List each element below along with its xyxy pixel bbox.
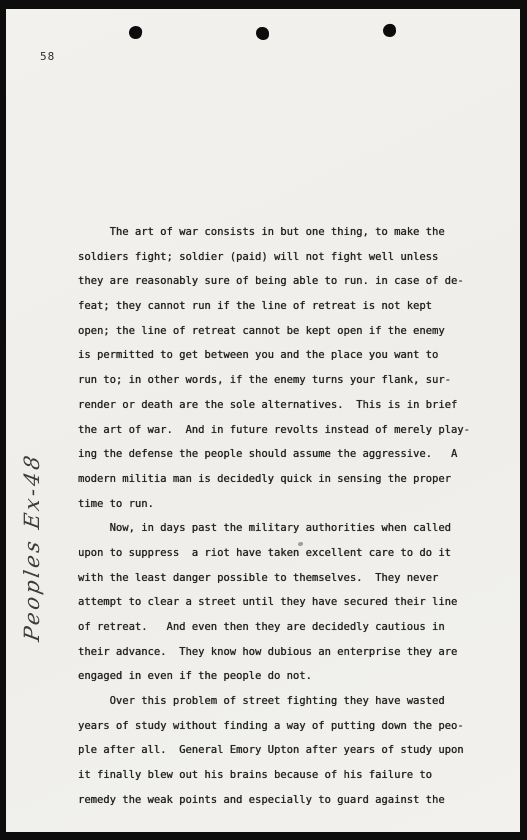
typed-line: The art of war consists in but one thing… (78, 220, 482, 245)
typed-line: years of study without finding a way of … (78, 714, 482, 739)
typed-line: soldiers fight; soldier (paid) will not … (78, 245, 482, 270)
punch-dot-icon (256, 27, 269, 40)
typed-line: of retreat. And even then they are decid… (78, 615, 482, 640)
typed-line: ing the defense the people should assume… (78, 442, 482, 467)
typed-line: run to; in other words, if the enemy tur… (78, 368, 482, 393)
scan-frame: 58 Peoples Ex-48 The art of war consists… (0, 0, 527, 840)
exhibit-annotation: Peoples Ex-48 (12, 428, 52, 665)
typed-line: with the least danger possible to themse… (78, 566, 482, 591)
paragraph: Now, in days past the military authoriti… (78, 516, 482, 689)
typed-line: remedy the weak points and especially to… (78, 788, 482, 813)
typed-line: feat; they cannot run if the line of ret… (78, 294, 482, 319)
typed-line: it finally blew out his brains because o… (78, 763, 482, 788)
typed-line: they are reasonably sure of being able t… (78, 269, 482, 294)
scanned-page: 58 Peoples Ex-48 The art of war consists… (6, 9, 520, 832)
typed-line: Over this problem of street fighting the… (78, 689, 482, 714)
typed-text-block: The art of war consists in but one thing… (78, 220, 482, 813)
page-number: 58 (40, 50, 55, 63)
punch-dot-icon (128, 25, 143, 40)
punch-dot-icon (382, 23, 396, 37)
typed-line: attempt to clear a street until they hav… (78, 590, 482, 615)
typed-line: open; the line of retreat cannot be kept… (78, 319, 482, 344)
typed-line: is permitted to get between you and the … (78, 343, 482, 368)
typed-line: modern militia man is decidedly quick in… (78, 467, 482, 492)
typed-line: ple after all. General Emory Upton after… (78, 738, 482, 763)
typed-line: their advance. They know how dubious an … (78, 640, 482, 665)
typed-line: render or death are the sole alternative… (78, 393, 482, 418)
typed-line: the art of war. And in future revolts in… (78, 418, 482, 443)
typed-line: Now, in days past the military authoriti… (78, 516, 482, 541)
typed-line: engaged in even if the people do not. (78, 664, 482, 689)
typed-line: time to run. (78, 492, 482, 517)
paragraph: The art of war consists in but one thing… (78, 220, 482, 516)
paragraph: Over this problem of street fighting the… (78, 689, 482, 812)
typed-line: upon to suppress a riot have taken excel… (78, 541, 482, 566)
